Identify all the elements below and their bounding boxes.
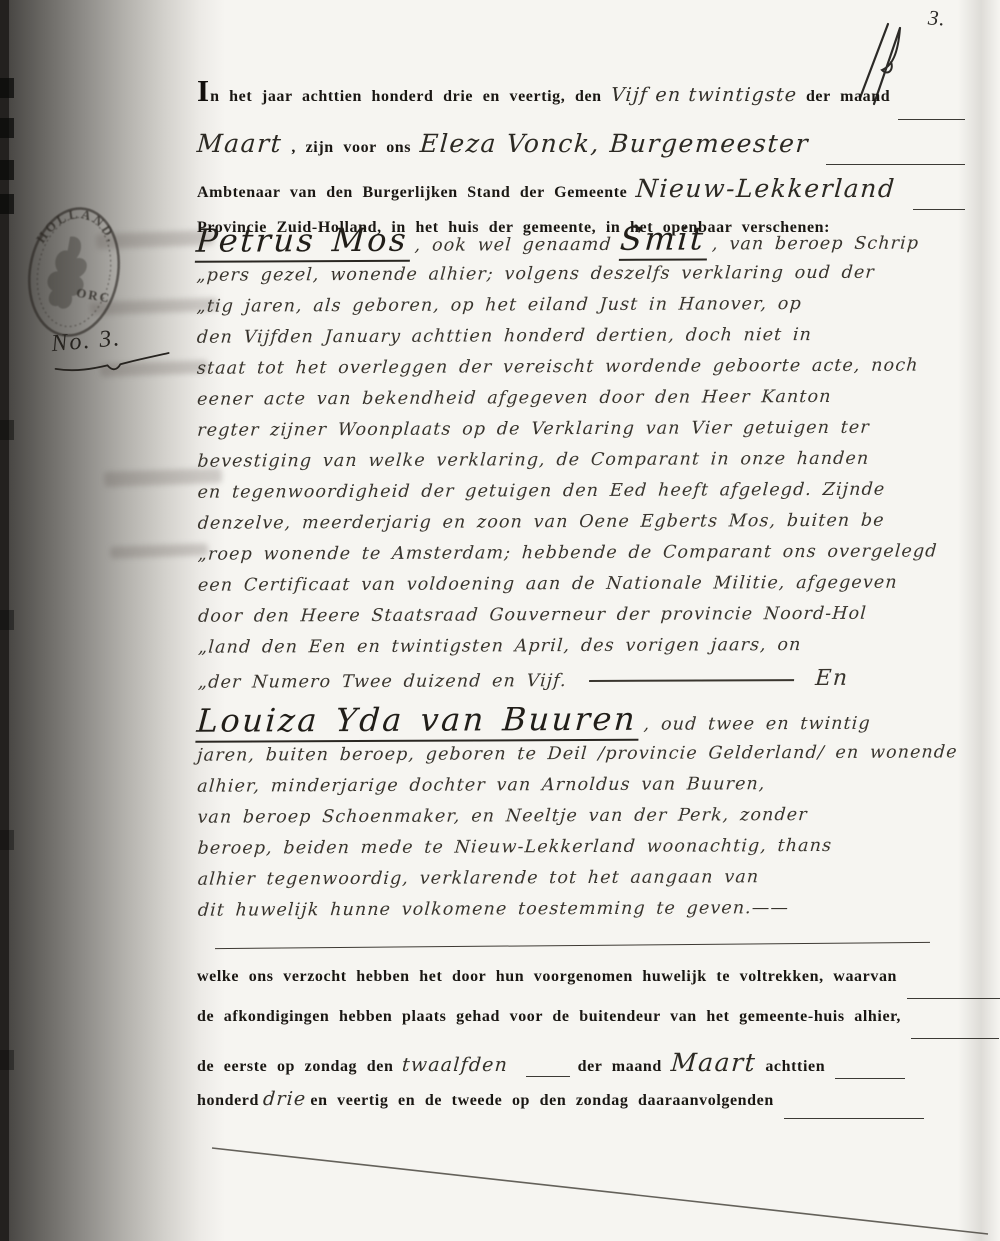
printed-text: , zijn voor ons [291,139,411,157]
page-number: 3. [927,5,946,31]
printed-text: en veertig en de tweede op den zondag da… [310,1092,774,1110]
handwritten-line: regter zijner Woonplaats op de Verklarin… [196,417,976,451]
handwritten-text: , ook wel genaamd [414,235,612,256]
handwritten-line: den Vijfden January achttien honderd der… [195,324,975,358]
handwritten-gemeente: Nieuw-Lekkerland [635,174,897,203]
handwritten-line: door den Heere Staatsraad Gouverneur der… [197,603,977,637]
printed-text: welke ons verzocht hebben het door hun v… [197,968,897,986]
film-notch [0,194,14,214]
printed-text: der maand [806,88,890,106]
filler-dash [784,1118,924,1119]
handwritten-line-last: „der Numero Twee duizend en Vijf. En [197,665,977,699]
blank-line [826,164,965,165]
printed-text: de afkondigingen hebben plaats gehad voo… [197,1008,901,1026]
blank-line [913,209,965,210]
form-line-year: In het jaar achttien honderd drie en vee… [197,84,965,129]
bride-name-line: Louiza Yda van Buuren , oud twee en twin… [195,698,976,745]
handwritten-text: „der Numero Twee duizend en Vijf. [197,671,567,693]
handwritten-line: alhier, minderjarige dochter van Arnoldu… [196,773,976,807]
handwritten-line: jaren, buiten beroep, geboren te Deil /p… [196,742,976,776]
handwritten-line: van beroep Schoenmaker, en Neeltje van d… [196,804,976,838]
handwritten-text: , van beroep Schrip [711,234,919,255]
printed-text: n het jaar achttien honderd drie en veer… [210,88,602,106]
handwritten-line: eener acte van bekendheid afgegeven door… [196,386,976,420]
bottom-form: welke ons verzocht hebben het door hun v… [197,968,965,1128]
form-line: de eerste op zondag den twaalfden der ma… [197,1048,965,1088]
handwritten-line: beroep, beiden mede te Nieuw-Lekkerland … [196,835,976,869]
scan-gutter-shadow [0,0,225,1241]
handwritten-month: Maart [670,1048,757,1077]
form-line: welke ons verzocht hebben het door hun v… [197,968,965,1008]
handwritten-line: „land den Een en twintigsten April, des … [197,634,977,668]
pen-stroke-diagonal [200,1138,1000,1241]
filler-dash [911,1038,999,1039]
form-line: honderd drie en veertig en de tweede op … [197,1088,965,1128]
handwritten-year-word: drie [262,1088,307,1110]
printed-text: de eerste op zondag den [197,1058,393,1076]
film-notch [0,118,14,138]
form-line-gemeente: Ambtenaar van den Burgerlijken Stand der… [197,174,965,219]
film-notch [0,610,14,630]
film-notch [0,420,14,440]
printed-text: honderd [197,1092,259,1110]
handwritten-line: denzelve, meerderjarig en zoon van Oene … [196,510,976,544]
handwritten-line: dit huwelijk hunne volkomene toestemming… [196,897,976,931]
handwritten-text: , oud twee en twintig [643,714,871,735]
handwritten-line: een Certificaat van voldoening aan de Na… [197,572,977,606]
blank-line [898,119,965,120]
handwritten-line: alhier tegenwoordig, verklarende tot het… [196,866,976,900]
handwritten-day: Vijf en twintigste [610,84,798,106]
printed-text: achttien [765,1058,825,1076]
bride-name: Louiza Yda van Buuren [195,700,641,743]
groom-name: Petrus Mos [195,221,413,263]
film-notch [0,78,14,98]
handwritten-line: en tegenwoordigheid der getuigen den Eed… [196,479,976,513]
filler-dash [589,679,794,682]
groom-alias: Smit [619,219,710,260]
handwritten-text: En [814,666,849,691]
filler-dash [907,998,1000,999]
handwritten-line: „tig jaren, als geboren, op het eiland J… [195,293,975,327]
document-scan: 3. HOLLAND. ORC No. 3. In het jaar achtt… [0,0,1000,1241]
form-line-month-official: Maart , zijn voor ons Eleza Vonck, Burge… [197,129,965,174]
film-notch [0,830,14,850]
film-notch [0,160,14,180]
groom-entry: Petrus Mos , ook wel genaamd Smit , van … [196,218,976,699]
filler-dash [526,1076,570,1077]
separator-rule [215,942,930,949]
handwritten-line: „pers gezel, wonende alhier; volgens des… [195,262,975,296]
filler-dash [835,1078,905,1079]
handwritten-line: bevestiging van welke verklaring, de Com… [196,448,976,482]
handwritten-line: staat tot het overleggen der vereischt w… [196,355,976,389]
handwritten-official-name: Eleza Vonck, Burgemeester [419,129,810,158]
groom-name-line: Petrus Mos , ook wel genaamd Smit , van … [195,218,976,265]
handwritten-line: „roep wonende te Amsterdam; hebbende de … [196,541,976,575]
film-notch [0,1050,14,1070]
handwritten-month: Maart [196,129,283,158]
printed-text: der maand [578,1058,662,1076]
act-number-text: No. 3. [50,325,122,357]
printed-text: Ambtenaar van den Burgerlijken Stand der… [197,184,627,202]
bride-entry: Louiza Yda van Buuren , oud twee en twin… [197,698,976,931]
form-line: de afkondigingen hebben plaats gehad voo… [197,1008,965,1048]
handwritten-sunday-date: twaalfden [402,1054,510,1076]
